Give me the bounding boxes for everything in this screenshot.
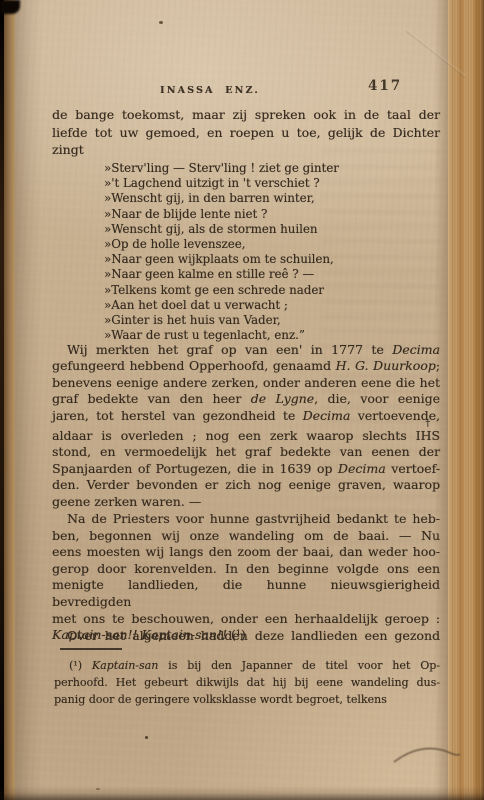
cross-mark: † xyxy=(426,420,431,429)
text-line: gefungeerd hebbend Opperhoofd, genaamd H… xyxy=(52,358,440,374)
stain-speck xyxy=(145,736,148,739)
text-line: »Aan het doel dat u verwacht ; xyxy=(104,298,434,313)
text-line: den. Verder bevonden er zich nog eenige … xyxy=(52,477,440,493)
text-line: liefde tot uw gemoed, en roepen u toe, g… xyxy=(52,124,440,142)
paragraph-closing: Over het algemeen hadden deze landlieden… xyxy=(52,628,440,645)
stain-speck xyxy=(159,21,163,24)
text-line: stond, en vermoedelijk het graf bedekte … xyxy=(52,444,440,460)
text-line: ben, begonnen wij onze wandeling om de b… xyxy=(52,528,440,545)
paragraph-graves: Wij merkten het graf op van een' in 1777… xyxy=(52,342,440,510)
text-line: »Wenscht gij, in den barren winter, xyxy=(104,191,434,206)
text-line: Na de Priesters voor hunne gastvrijheid … xyxy=(52,511,440,528)
photo-edge-left xyxy=(0,0,4,800)
page-edge-stack-right xyxy=(448,0,484,800)
footnote-separator-rule xyxy=(60,648,122,650)
pencil-scribble-mark xyxy=(392,742,462,768)
text-line: geene zerken waren. — xyxy=(52,494,440,510)
text-line: perhoofd. Het gebeurt dikwijls dat hij b… xyxy=(54,674,440,691)
text-line: Spanjaarden of Portugezen, die in 1639 o… xyxy=(52,461,440,477)
paragraph-walk: Na de Priesters voor hunne gastvrijheid … xyxy=(52,511,440,644)
text-line: »Naar de blijde lente niet ? xyxy=(104,207,434,222)
page-curl-shadow xyxy=(434,0,448,800)
text-line: gerop door korenvelden. In den beginne v… xyxy=(52,561,440,578)
page-edge-left xyxy=(4,0,15,800)
italic-name: Kaptain-san xyxy=(92,659,158,672)
italic-name: H. G. Duurkoop xyxy=(336,358,436,373)
text-line: menigte landlieden, die hunne nieuwsgier… xyxy=(52,577,440,610)
italic-name: Decima xyxy=(392,342,440,357)
photo-corner-top-left xyxy=(0,0,20,14)
text-line: »Ginter is het huis van Vader, xyxy=(104,313,434,328)
text-line: Over het algemeen hadden deze landlieden… xyxy=(52,628,440,645)
text-line: aldaar is overleden ; nog een zerk waaro… xyxy=(52,428,440,444)
paragraph-intro: de bange toekomst, maar zij spreken ook … xyxy=(52,106,440,159)
text-line: panig door de geringere volksklasse word… xyxy=(54,691,440,708)
page-number: 417 xyxy=(368,78,402,94)
text-line: »'t Lagchend uitzigt in 't verschiet ? xyxy=(104,176,434,191)
text-line: de bange toekomst, maar zij spreken ook … xyxy=(52,106,440,124)
text-line: »Op de holle levenszee, xyxy=(104,237,434,252)
stain-speck xyxy=(96,788,100,790)
text-line: »Telkens komt ge een schrede nader xyxy=(104,283,434,298)
italic-name: de Lygne xyxy=(251,391,314,406)
text-line: »Naar geen kalme en stille reê ? — xyxy=(104,267,434,282)
text-line: benevens eenige andere zerken, onder and… xyxy=(52,375,440,391)
text-line: jaren, tot herstel van gezondheid te Dec… xyxy=(52,408,440,424)
photo-edge-bottom xyxy=(0,786,484,800)
poem-block: »Sterv'ling — Sterv'ling ! ziet ge ginte… xyxy=(104,161,434,343)
text-line: »Wenscht gij, als de stormen huilen xyxy=(104,222,434,237)
italic-name: Decima xyxy=(338,461,386,476)
text-line: met ons te beschouwen, onder een herhaal… xyxy=(52,611,440,628)
italic-name: Decima xyxy=(303,408,351,423)
book-page-photo: INASSA ENZ. 417 de bange toekomst, maar … xyxy=(0,0,484,800)
text-line: Wij merkten het graf op van een' in 1777… xyxy=(52,342,440,358)
text-line: graf bedekte van den heer de Lygne, die,… xyxy=(52,391,440,407)
text-line: eens moesten wij langs den zoom der baai… xyxy=(52,544,440,561)
text-line: »Naar geen wijkplaats om te schuilen, xyxy=(104,252,434,267)
binding-gutter-shadow xyxy=(14,0,42,800)
text-line: (¹) Kaptain-san is bij den Japanner de t… xyxy=(54,657,440,674)
footnote-block: (¹) Kaptain-san is bij den Japanner de t… xyxy=(54,657,440,708)
text-line: »Sterv'ling — Sterv'ling ! ziet ge ginte… xyxy=(104,161,434,176)
text-line: zingt xyxy=(52,141,440,159)
running-title: INASSA ENZ. xyxy=(150,85,270,96)
